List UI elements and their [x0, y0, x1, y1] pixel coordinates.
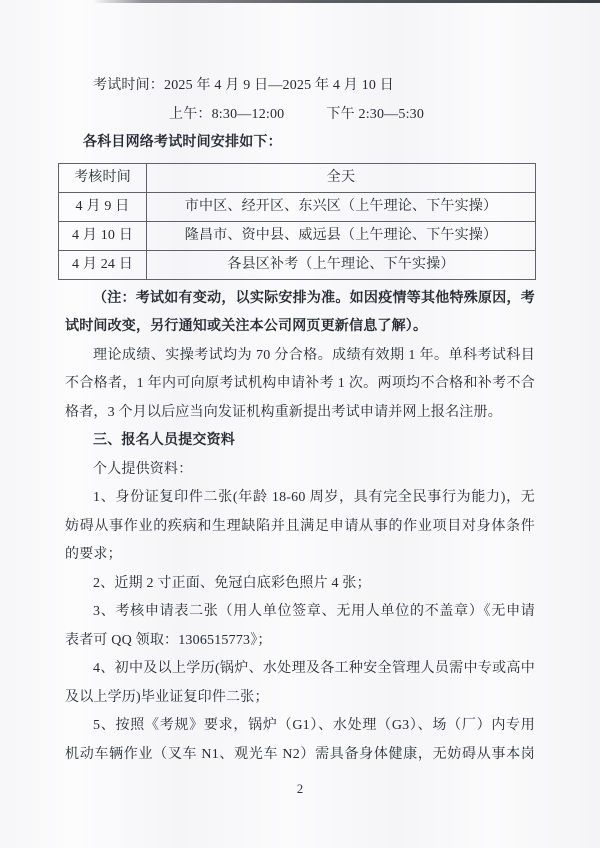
document-page: 考试时间：2025 年 4 月 9 日—2025 年 4 月 10 日 上午：8… — [0, 0, 600, 848]
table-header-row: 考核时间 全天 — [59, 163, 536, 192]
section3-heading: 三、报名人员提交资料 — [65, 427, 535, 456]
date-cell: 4 月 10 日 — [59, 221, 147, 250]
exam-sessions-line: 上午：8:30—12:00下午 2:30—5:30 — [65, 101, 535, 130]
requirement-item-2: 2、近期 2 寸正面、免冠白底彩色照片 4 张； — [65, 570, 535, 599]
exam-time-line: 考试时间：2025 年 4 月 9 日—2025 年 4 月 10 日 — [65, 72, 535, 101]
document-content: 考试时间：2025 年 4 月 9 日—2025 年 4 月 10 日 上午：8… — [65, 72, 535, 769]
schedule-subtitle: 各科目网络考试时间安排如下： — [83, 129, 535, 158]
requirement-item-5: 5、按照《考规》要求，锅炉（G1）、水处理（G3）、场（厂）内专用 机动车辆作业… — [65, 712, 535, 769]
location-cell: 市中区、经开区、东兴区（上午理论、下午实操） — [147, 192, 536, 221]
page-number: 2 — [0, 782, 600, 797]
item-line: 妨碍从事作业的疾病和生理缺陷并且满足申请从事的作业项目对身体条件 — [65, 513, 535, 542]
item-line: 机动车辆作业（叉车 N1、观光车 N2）需具备身体健康，无妨碍从事本岗 — [65, 741, 535, 770]
table-row: 4 月 24 日 各县区补考（上午理论、下午实操） — [59, 250, 536, 279]
item-line: 1、身份证复印件二张(年龄 18-60 周岁，具有完全民事行为能力)，无 — [65, 484, 535, 513]
section3-intro: 个人提供资料： — [65, 456, 535, 485]
item-line: 表者可 QQ 领取：1306515773》； — [65, 627, 535, 656]
score-line: 格者，3 个月以后应当向发证机构重新提出考试申请并网上报名注册。 — [65, 399, 535, 428]
item-line: 的要求； — [65, 541, 535, 570]
date-cell: 4 月 9 日 — [59, 192, 147, 221]
item-line: 5、按照《考规》要求，锅炉（G1）、水处理（G3）、场（厂）内专用 — [65, 712, 535, 741]
note-line: 试时间改变，另行通知或关注本公司网页更新信息了解）。 — [65, 313, 535, 342]
note-paragraph: （注：考试如有变动，以实际安排为准。如因疫情等其他特殊原因，考 试时间改变，另行… — [65, 285, 535, 342]
item-line: 及以上学历)毕业证复印件二张； — [65, 684, 535, 713]
col-header-assessment-time: 考核时间 — [59, 163, 147, 192]
item-line: 2、近期 2 寸正面、免冠白底彩色照片 4 张； — [65, 570, 535, 599]
date-cell: 4 月 24 日 — [59, 250, 147, 279]
location-cell: 隆昌市、资中县、威远县（上午理论、下午实操） — [147, 221, 536, 250]
item-line: 3、考核申请表二张（用人单位签章、无用人单位的不盖章）《无申请 — [65, 598, 535, 627]
col-header-all-day: 全天 — [147, 163, 536, 192]
score-line: 不合格者，1 年内可向原考试机构申请补考 1 次。两项均不合格和补考不合 — [65, 370, 535, 399]
requirement-item-1: 1、身份证复印件二张(年龄 18-60 周岁，具有完全民事行为能力)，无 妨碍从… — [65, 484, 535, 570]
location-cell: 各县区补考（上午理论、下午实操） — [147, 250, 536, 279]
requirement-item-4: 4、初中及以上学历(锅炉、水处理及各工种安全管理人员需中专或高中 及以上学历)毕… — [65, 655, 535, 712]
score-line: 理论成绩、实操考试均为 70 分合格。成绩有效期 1 年。单科考试科目 — [65, 342, 535, 371]
morning-session: 上午：8:30—12:00 — [169, 107, 284, 122]
schedule-table: 考核时间 全天 4 月 9 日 市中区、经开区、东兴区（上午理论、下午实操） 4… — [58, 163, 536, 280]
item-line: 4、初中及以上学历(锅炉、水处理及各工种安全管理人员需中专或高中 — [65, 655, 535, 684]
requirement-item-3: 3、考核申请表二张（用人单位签章、无用人单位的不盖章）《无申请 表者可 QQ 领… — [65, 598, 535, 655]
note-line: （注：考试如有变动，以实际安排为准。如因疫情等其他特殊原因，考 — [65, 285, 535, 314]
afternoon-session: 下午 2:30—5:30 — [326, 107, 424, 122]
score-paragraph: 理论成绩、实操考试均为 70 分合格。成绩有效期 1 年。单科考试科目 不合格者… — [65, 342, 535, 428]
scan-top-edge — [92, 0, 600, 3]
table-row: 4 月 10 日 隆昌市、资中县、威远县（上午理论、下午实操） — [59, 221, 536, 250]
table-row: 4 月 9 日 市中区、经开区、东兴区（上午理论、下午实操） — [59, 192, 536, 221]
